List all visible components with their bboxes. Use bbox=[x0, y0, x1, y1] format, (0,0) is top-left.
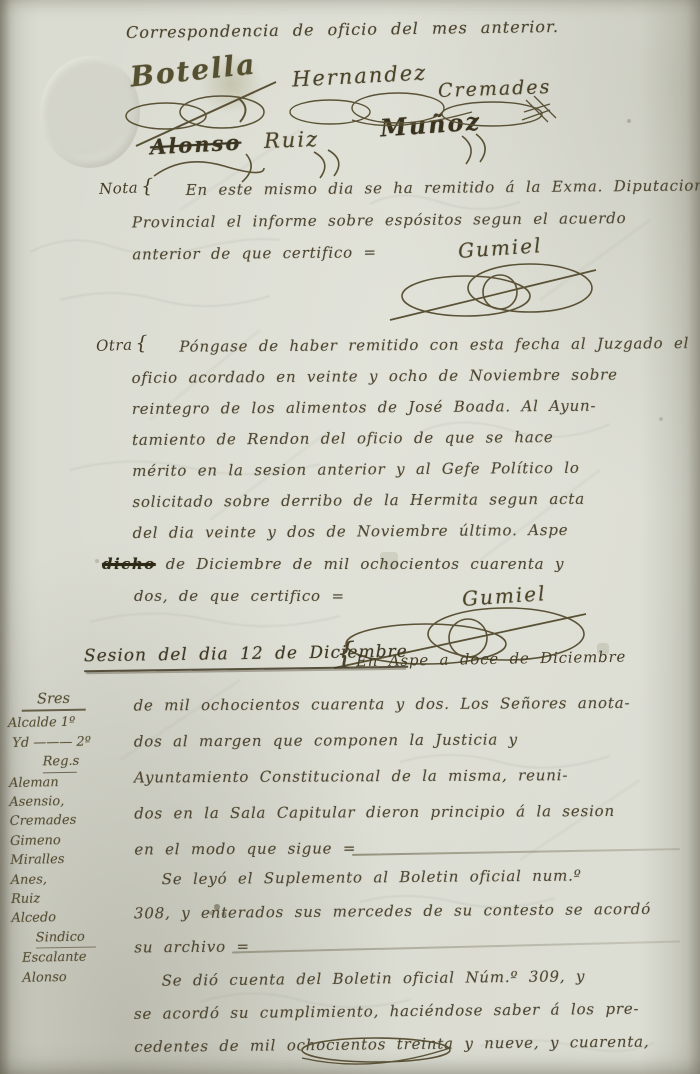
manuscript-line: Ayuntamiento Constitucional de la misma,… bbox=[134, 757, 686, 796]
manuscript-line: oficio acordado en veinte y ocho de Novi… bbox=[131, 359, 687, 394]
manuscript-line: dos en la Sala Capitular dieron principi… bbox=[134, 793, 686, 832]
rubric-flourish-icon bbox=[118, 80, 288, 150]
margin-name: Cremades bbox=[6, 810, 124, 831]
nota-paragraph: En este mismo dia se ha remitido á la Ex… bbox=[132, 170, 685, 271]
margin-name: Alonso bbox=[8, 967, 126, 988]
margin-name: Alcedo bbox=[7, 907, 125, 928]
rubric-flourish-icon bbox=[388, 258, 600, 326]
otra-paragraph: Póngase de haber remitido con esta fecha… bbox=[131, 328, 689, 549]
manuscript-line: del dia veinte y dos de Noviembre último… bbox=[133, 514, 689, 549]
margin-name: Yd ——— 2º bbox=[4, 732, 122, 753]
margin-name: Aleman bbox=[5, 772, 123, 793]
otra-label-text: Otra bbox=[96, 336, 133, 355]
manuscript-line: Se leyó el Suplemento al Boletin oficial… bbox=[134, 858, 686, 897]
manuscript-line: En este mismo dia se ha remitido á la Ex… bbox=[132, 170, 684, 207]
margin-name: Ruiz bbox=[7, 888, 125, 909]
margin-name: Miralles bbox=[6, 849, 124, 870]
margin-name: Alcalde 1º bbox=[4, 712, 122, 733]
manuscript-line: Póngase de haber remitido con esta fecha… bbox=[131, 328, 687, 363]
manuscript-page: Correspondencia de oficio del mes anteri… bbox=[0, 0, 700, 1074]
manuscript-line: 308, y enterados sus mercedes de su cont… bbox=[134, 892, 686, 931]
margin-name: Sindico bbox=[36, 927, 96, 948]
date-line: de Diciembre de mil ochocientos cuarenta… bbox=[166, 555, 565, 573]
session-body-paragraph: de mil ochocientos cuarenta y dos. Los S… bbox=[134, 685, 687, 868]
margin-name: Escalante bbox=[8, 947, 126, 968]
manuscript-line: solicitado sobre derribo de la Hermita s… bbox=[132, 483, 688, 518]
rubric-flourish-icon bbox=[436, 92, 566, 136]
margin-name: Reg.s bbox=[42, 752, 76, 773]
otra-closing: dichode Diciembre de mil ochocientos cua… bbox=[102, 548, 682, 612]
margin-name: Anes, bbox=[7, 869, 125, 890]
manuscript-line: Provincial el informe sobre espósitos se… bbox=[132, 202, 684, 239]
session-brace: { bbox=[336, 636, 355, 671]
manuscript-line: reintegro de los alimentos de José Boada… bbox=[132, 390, 688, 425]
rubric-flourish-icon bbox=[452, 132, 502, 168]
manuscript-line: su archivo = bbox=[134, 926, 686, 965]
margin-name: Sres bbox=[21, 690, 85, 713]
margin-name: Gimeno bbox=[6, 830, 124, 851]
manuscript-line: mérito en la sesion anterior y al Gefe P… bbox=[132, 452, 688, 487]
struck-word: dicho bbox=[102, 555, 166, 573]
manuscript-line: tamiento de Rendon del oficio de que se … bbox=[132, 421, 688, 456]
rubric-flourish-icon bbox=[296, 1032, 456, 1070]
margin-name: Asensio, bbox=[5, 791, 123, 812]
manuscript-line: dos al margen que componen la Justicia y bbox=[134, 721, 686, 760]
manuscript-line: de mil ochocientos cuarenta y dos. Los S… bbox=[134, 685, 686, 724]
manuscript-line: dichode Diciembre de mil ochocientos cua… bbox=[102, 548, 682, 580]
margin-attendee-list: SresAlcalde 1ºYd ——— 2ºReg.sAlemanAsensi… bbox=[3, 689, 126, 988]
